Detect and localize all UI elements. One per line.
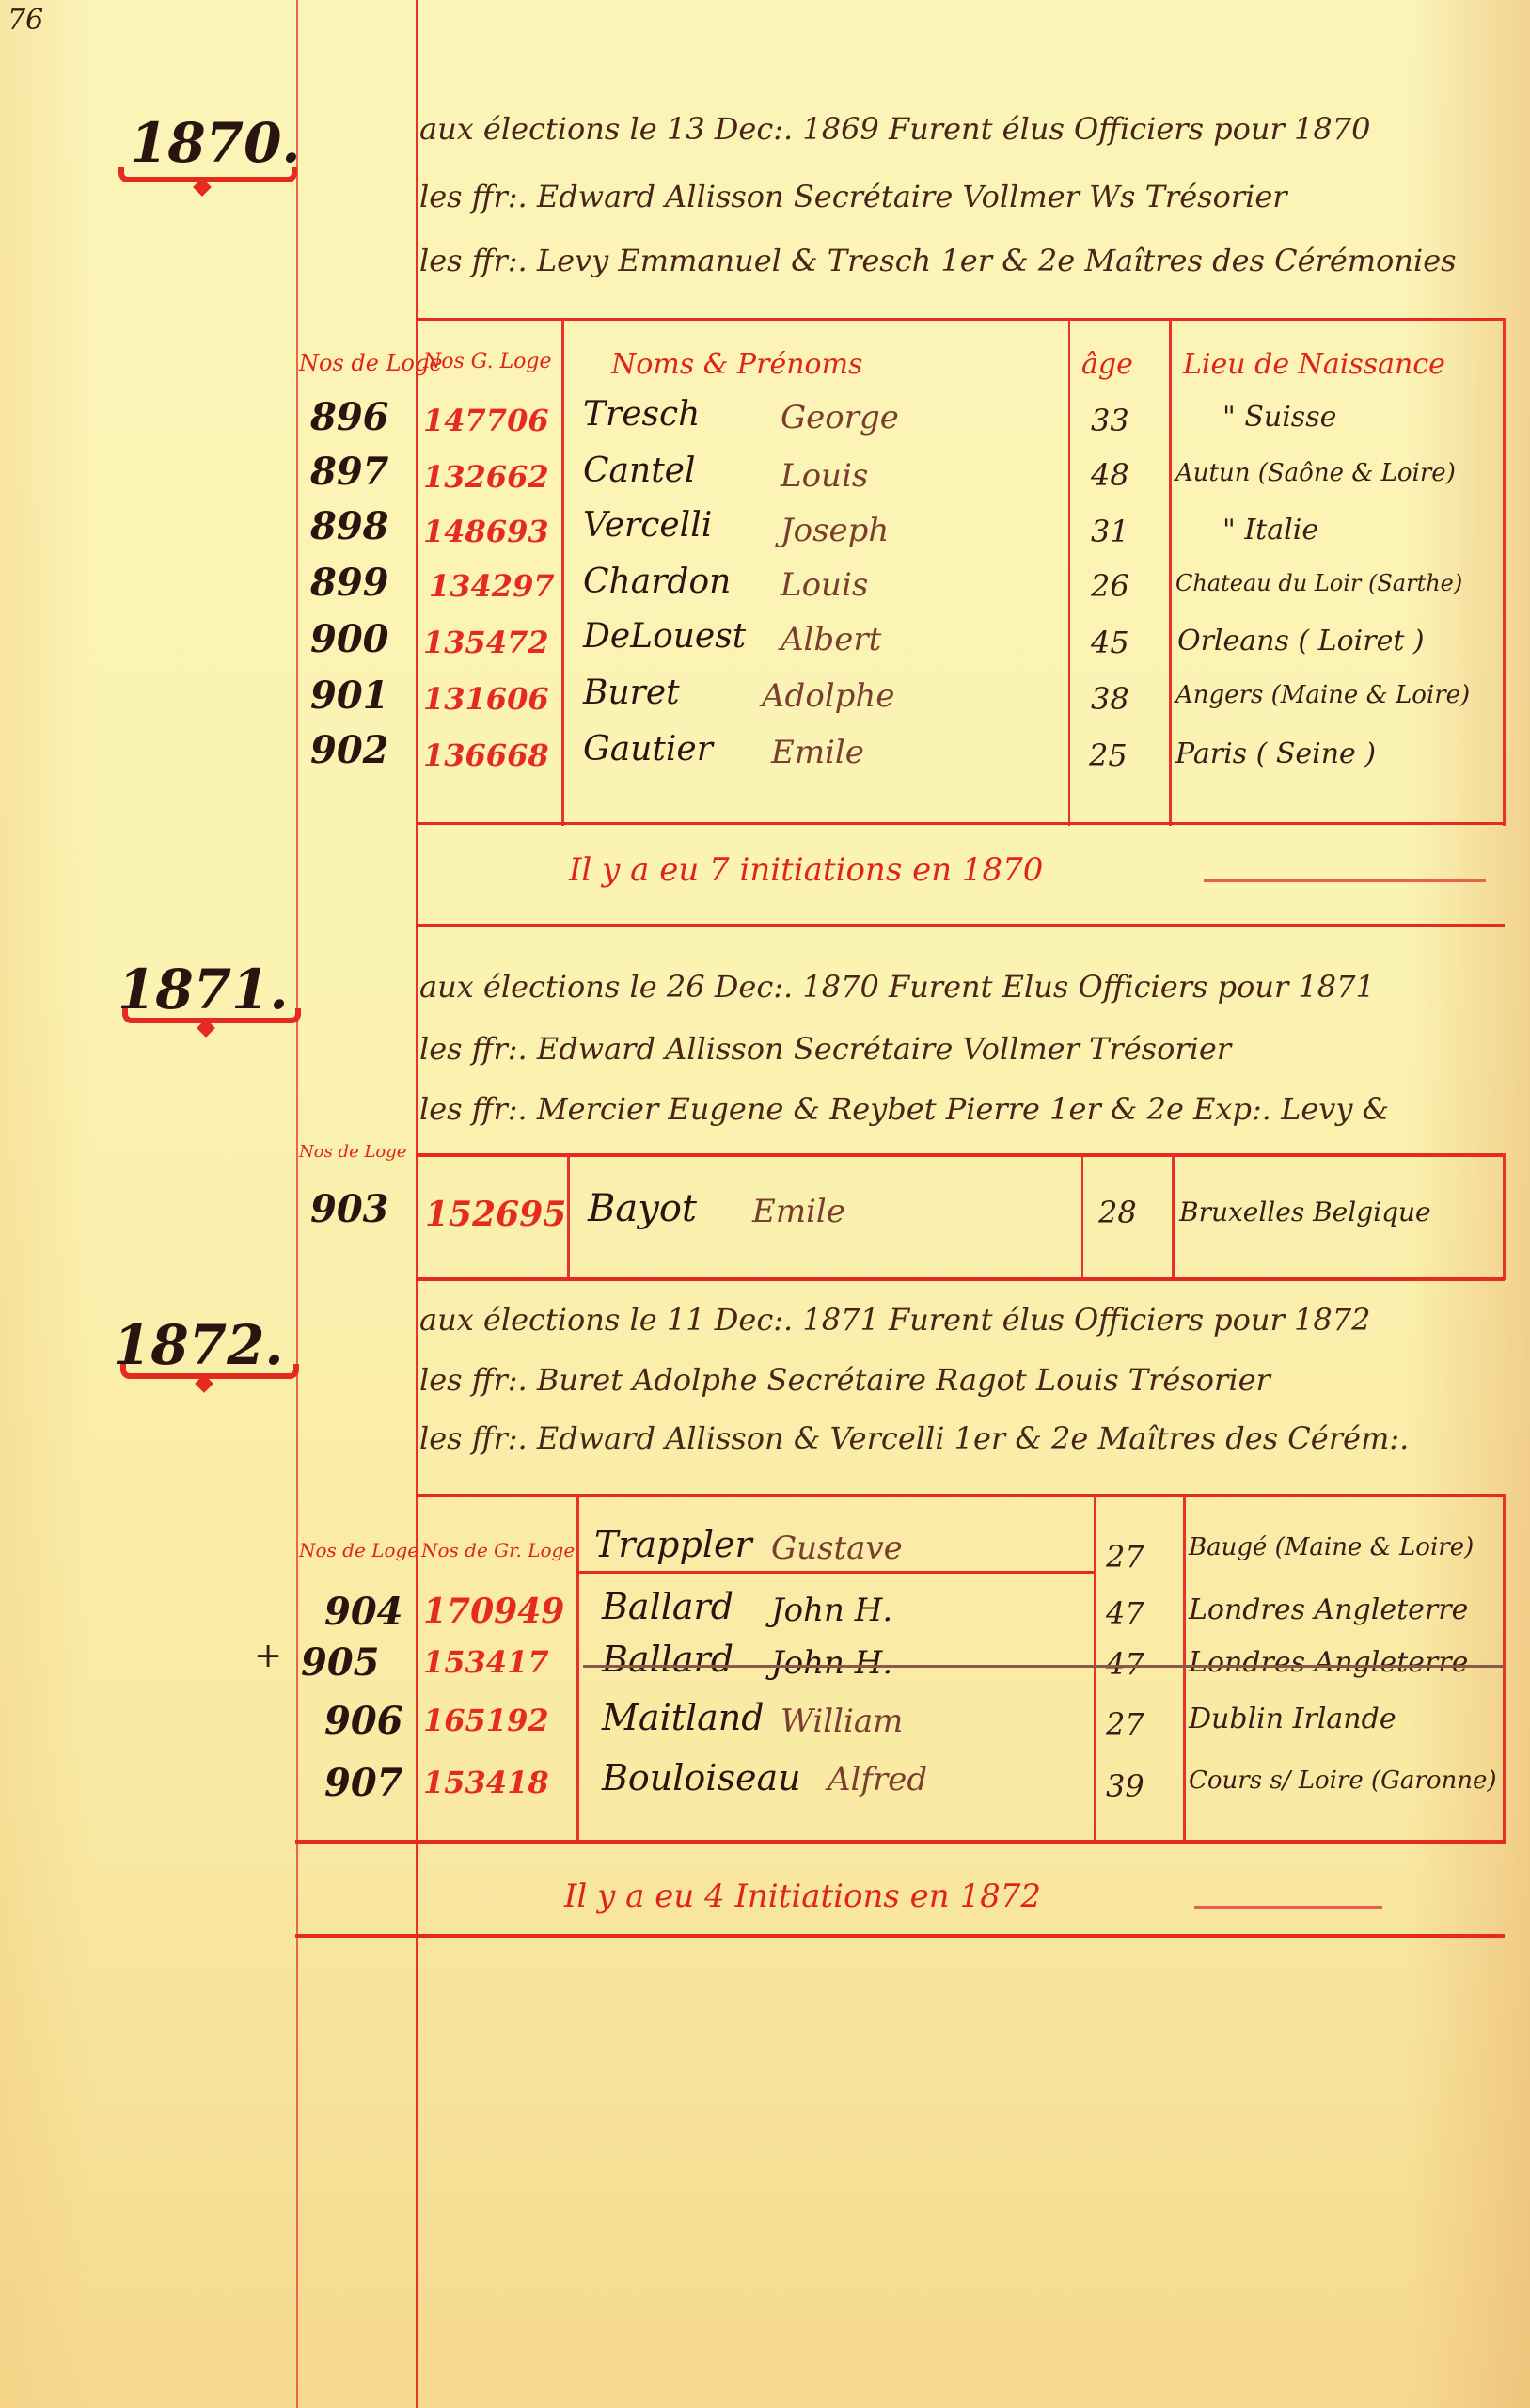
first-name: Emile <box>752 1193 845 1230</box>
grand-lodge-number: 135472 <box>423 625 549 660</box>
year-heading-1870: 1870. <box>130 111 301 175</box>
first-name: Albert <box>781 621 881 658</box>
lodge-number: 906 <box>324 1699 403 1743</box>
election-line: les ffr:. Edward Allisson Secrétaire Vol… <box>419 1031 1231 1067</box>
table-bottom-rule <box>416 822 1505 825</box>
grand-lodge-number: 170949 <box>423 1592 564 1631</box>
election-line: aux élections le 13 Dec:. 1869 Furent él… <box>419 111 1370 147</box>
birthplace: " Italie <box>1222 514 1318 547</box>
section-divider <box>416 924 1505 927</box>
lodge-number: 907 <box>324 1761 403 1805</box>
surname: Vercelli <box>583 506 712 545</box>
year-brace <box>120 1364 299 1379</box>
margin-rule-left <box>296 0 298 2408</box>
grand-lodge-number: 134297 <box>429 568 555 604</box>
lodge-number: 899 <box>310 561 389 605</box>
age: 47 <box>1106 1646 1144 1682</box>
header-names: Noms & Prénoms <box>611 348 862 381</box>
strikethrough-line <box>583 1665 1505 1668</box>
year-brace <box>122 1008 301 1023</box>
col-rule-age <box>1068 318 1070 826</box>
age: 48 <box>1091 457 1129 493</box>
age: 38 <box>1091 681 1129 717</box>
birthplace: Autun (Saône & Loire) <box>1175 459 1456 487</box>
table-top-rule <box>416 318 1505 321</box>
election-line: les ffr:. Edward Allisson Secrétaire Vol… <box>419 179 1287 214</box>
age: 25 <box>1089 737 1128 773</box>
header-lodge-no: Nos de Loge <box>299 1142 406 1162</box>
total-flourish <box>1194 1906 1382 1909</box>
age: 31 <box>1091 514 1129 549</box>
age: 28 <box>1098 1195 1137 1230</box>
header-lodge-no: Nos de Loge <box>299 350 443 376</box>
first-name: Adolphe <box>762 677 894 715</box>
election-line: les ffr:. Buret Adolphe Secrétaire Ragot… <box>419 1362 1270 1398</box>
grand-lodge-number: 131606 <box>423 681 549 717</box>
age: 26 <box>1091 568 1129 604</box>
age: 27 <box>1106 1706 1144 1742</box>
year-brace <box>118 167 297 182</box>
election-line: aux élections le 11 Dec:. 1871 Furent él… <box>419 1302 1370 1338</box>
surname: Cantel <box>583 451 695 490</box>
birthplace: Angers (Maine & Loire) <box>1175 681 1470 709</box>
page-number: 76 <box>8 4 43 37</box>
col-rule-age <box>1081 1153 1083 1280</box>
age: 39 <box>1106 1768 1144 1804</box>
grand-lodge-number: 153417 <box>423 1644 549 1680</box>
first-name: John H. <box>771 1644 892 1682</box>
margin-cross-mark: + <box>254 1637 282 1675</box>
election-line: les ffr:. Levy Emmanuel & Tresch 1er & 2… <box>419 243 1457 278</box>
lodge-number: 900 <box>310 617 389 661</box>
header-grand-lodge-no: Nos G. Loge <box>423 350 552 373</box>
surname: Ballard <box>602 1639 733 1680</box>
header-lodge-no: Nos de Loge <box>299 1539 418 1561</box>
initiations-total-1872: Il y a eu 4 Initiations en 1872 <box>564 1877 1041 1915</box>
first-name: Alfred <box>828 1761 927 1798</box>
grand-lodge-number: 165192 <box>423 1703 549 1738</box>
first-name: George <box>781 399 899 436</box>
birthplace: Cours s/ Loire (Garonne) <box>1189 1766 1497 1795</box>
col-rule-age <box>1094 1494 1096 1844</box>
col-rule-birthplace <box>1172 1153 1175 1280</box>
grand-lodge-number: 147706 <box>423 403 549 438</box>
surname: Buret <box>583 673 680 712</box>
birthplace: Bruxelles Belgique <box>1179 1196 1431 1228</box>
col-rule-names <box>561 318 564 826</box>
surname: DeLouest <box>583 617 746 656</box>
lodge-number: 904 <box>324 1590 403 1634</box>
struck-entry-underline <box>576 1571 1094 1574</box>
col-rule-names <box>567 1153 570 1280</box>
grand-lodge-number: 152695 <box>425 1195 566 1234</box>
surname: Bayot <box>588 1187 697 1230</box>
birthplace: Dublin Irlande <box>1189 1703 1396 1735</box>
first-name: Louis <box>781 457 868 495</box>
birthplace: Baugé (Maine & Loire) <box>1189 1533 1474 1561</box>
initiations-total-1870: Il y a eu 7 initiations en 1870 <box>569 851 1043 889</box>
birthplace: Londres Angleterre <box>1189 1593 1468 1626</box>
col-rule-right <box>1503 1153 1506 1280</box>
age: 47 <box>1106 1595 1144 1631</box>
first-name: John H. <box>771 1592 892 1629</box>
birthplace: Londres Angleterre <box>1189 1646 1468 1679</box>
lodge-number: 898 <box>310 504 389 548</box>
col-rule-names <box>576 1494 579 1844</box>
header-age: âge <box>1081 348 1133 381</box>
grand-lodge-number: 132662 <box>423 459 549 495</box>
first-name: William <box>781 1703 903 1740</box>
first-name: Emile <box>771 734 864 771</box>
surname: Ballard <box>602 1586 733 1627</box>
birthplace: " Suisse <box>1222 401 1336 434</box>
table-bottom-rule <box>416 1277 1505 1281</box>
lodge-number: 901 <box>310 673 389 718</box>
grand-lodge-number: 153418 <box>423 1765 549 1800</box>
grand-lodge-number: 136668 <box>423 737 549 773</box>
header-birthplace: Lieu de Naissance <box>1183 348 1445 381</box>
table-bottom-rule <box>295 1840 1505 1844</box>
total-flourish <box>1204 879 1486 882</box>
lodge-number: 905 <box>301 1640 380 1685</box>
first-name: Louis <box>781 566 868 604</box>
election-line: aux élections le 26 Dec:. 1870 Furent El… <box>419 969 1375 1005</box>
lodge-number: 902 <box>310 728 389 772</box>
surname: Tresch <box>583 395 700 434</box>
age: 27 <box>1106 1539 1144 1575</box>
col-rule-birthplace <box>1169 318 1172 826</box>
section-divider <box>295 1934 1505 1938</box>
col-rule-right <box>1503 318 1506 826</box>
election-line: les ffr:. Edward Allisson & Vercelli 1er… <box>419 1420 1409 1456</box>
birthplace: Paris ( Seine ) <box>1175 737 1376 770</box>
surname: Chardon <box>583 562 731 601</box>
surname: Gautier <box>583 730 713 768</box>
grand-lodge-number: 148693 <box>423 514 549 549</box>
surname: Bouloiseau <box>602 1757 801 1798</box>
lodge-number: 897 <box>310 450 389 494</box>
lodge-number: 896 <box>310 395 389 439</box>
first-name: Joseph <box>781 512 889 549</box>
table-top-rule <box>416 1153 1505 1157</box>
surname: Maitland <box>602 1697 765 1738</box>
lodge-number: 903 <box>310 1187 389 1231</box>
first-name: Gustave <box>771 1529 903 1567</box>
election-line: les ffr:. Mercier Eugene & Reybet Pierre… <box>419 1091 1389 1127</box>
col-rule-birthplace <box>1183 1494 1186 1844</box>
surname: Trappler <box>594 1524 752 1565</box>
birthplace: Chateau du Loir (Sarthe) <box>1175 570 1462 596</box>
age: 33 <box>1091 403 1129 438</box>
age: 45 <box>1091 625 1129 660</box>
col-rule-right <box>1503 1494 1506 1844</box>
birthplace: Orleans ( Loiret ) <box>1177 625 1425 657</box>
header-grand-lodge-no: Nos de Gr. Loge <box>421 1539 575 1561</box>
